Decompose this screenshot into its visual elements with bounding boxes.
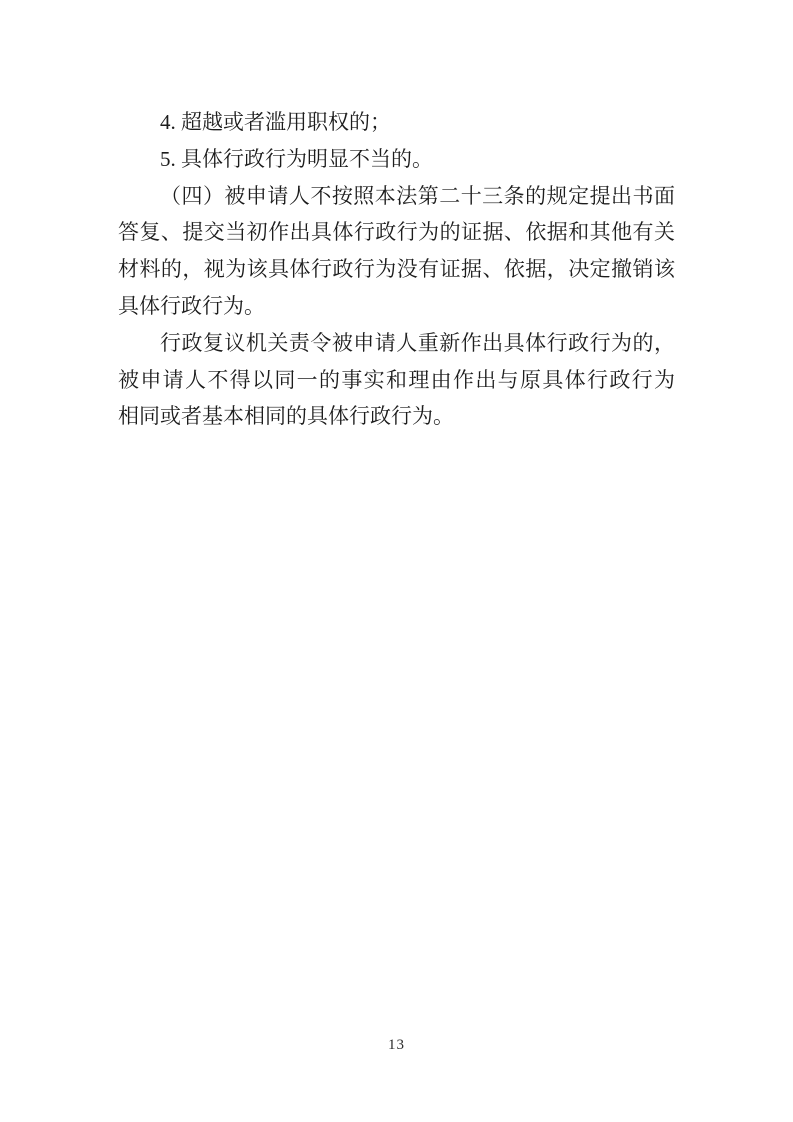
text-line: 5. 具体行政行为明显不当的。 — [118, 141, 675, 178]
text-line: 具体行政行为。 — [118, 288, 675, 325]
text-line: 被申请人不得以同一的事实和理由作出与原具体行政行为 — [118, 362, 675, 399]
body-text: 4. 超越或者滥用职权的； 5. 具体行政行为明显不当的。 （四）被申请人不按照… — [118, 104, 675, 435]
text-line: （四）被申请人不按照本法第二十三条的规定提出书面 — [118, 178, 675, 215]
text-line: 答复、提交当初作出具体行政行为的证据、依据和其他有关 — [118, 214, 675, 251]
text-line: 材料的，视为该具体行政行为没有证据、依据，决定撤销该 — [118, 251, 675, 288]
text-line: 行政复议机关责令被申请人重新作出具体行政行为的， — [118, 325, 675, 362]
text-line: 4. 超越或者滥用职权的； — [118, 104, 675, 141]
page-number: 13 — [388, 1037, 405, 1053]
page-footer: 13 — [0, 1036, 793, 1054]
text-line: 相同或者基本相同的具体行政行为。 — [118, 398, 675, 435]
document-page: 4. 超越或者滥用职权的； 5. 具体行政行为明显不当的。 （四）被申请人不按照… — [0, 0, 793, 1122]
